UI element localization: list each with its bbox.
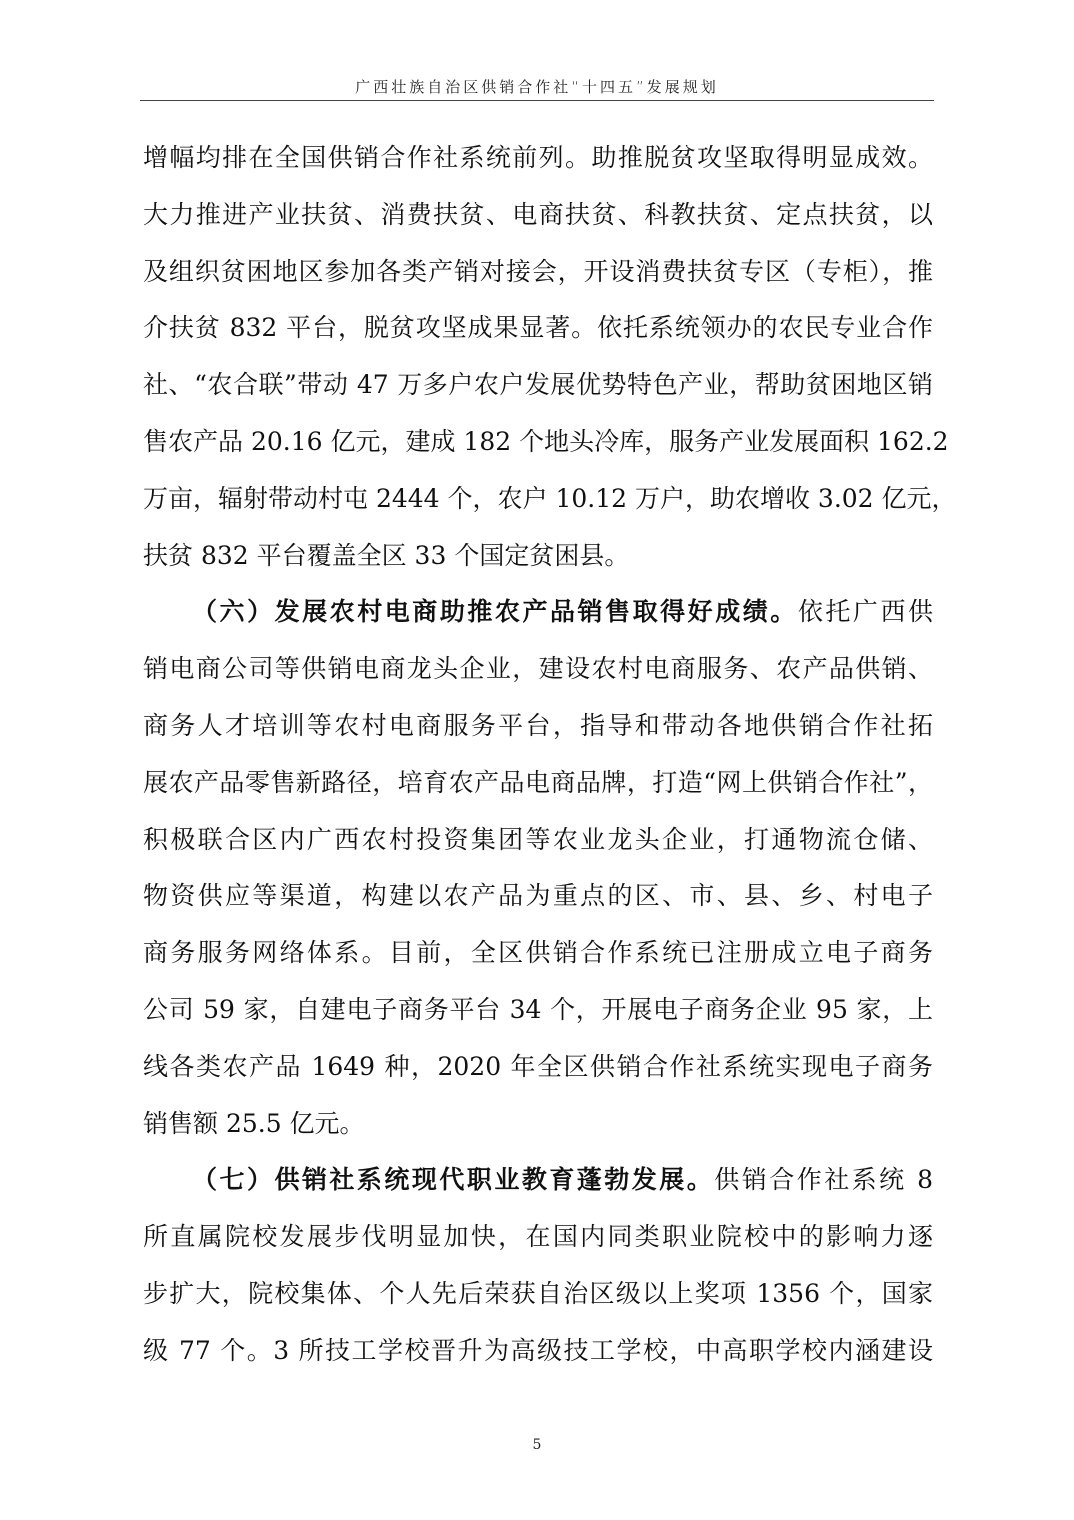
page-number: 5 bbox=[0, 1437, 1074, 1453]
text-line: 万亩，辐射带动村屯 2444 个，农户 10.12 万户，助农增收 3.02 亿… bbox=[143, 484, 933, 514]
text-line: 展农产品零售新路径，培育农产品电商品牌，打造“网上供销合作社”， bbox=[143, 768, 933, 798]
text-line: 商务服务网络体系。目前，全区供销合作系统已注册成立电子商务 bbox=[143, 938, 933, 968]
text-line: 社、“农合联”带动 47 万多户农户发展优势特色产业，帮助贫困地区销 bbox=[143, 370, 933, 400]
text-line: 增幅均排在全国供销合作社系统前列。助推脱贫攻坚取得明显成效。 bbox=[143, 143, 933, 173]
text-line: 介扶贫 832 平台，脱贫攻坚成果显著。依托系统领办的农民专业合作 bbox=[143, 313, 933, 343]
text-line: 线各类农产品 1649 种，2020 年全区供销合作社系统实现电子商务 bbox=[143, 1052, 933, 1082]
text-line: 级 77 个。3 所技工学校晋升为高级技工学校，中高职学校内涵建设 bbox=[143, 1336, 933, 1366]
text-line: 售农产品 20.16 亿元，建成 182 个地头冷库，服务产业发展面积 162.… bbox=[143, 427, 933, 457]
section-heading-line: （六）发展农村电商助推农产品销售取得好成绩。依托广西供 bbox=[192, 597, 933, 627]
text-line: 物资供应等渠道，构建以农产品为重点的区、市、县、乡、村电子 bbox=[143, 881, 933, 911]
text-line: 商务人才培训等农村电商服务平台，指导和带动各地供销合作社拓 bbox=[143, 711, 933, 741]
text-line: 及组织贫困地区参加各类产销对接会，开设消费扶贫专区（专柜），推 bbox=[143, 257, 933, 287]
section-text: 依托广西供 bbox=[798, 597, 933, 626]
text-line: 公司 59 家，自建电子商务平台 34 个，开展电子商务企业 95 家，上 bbox=[143, 995, 933, 1025]
text-line: 销售额 25.5 亿元。 bbox=[143, 1109, 933, 1139]
text-line: 销电商公司等供销电商龙头企业，建设农村电商服务、农产品供销、 bbox=[143, 654, 933, 684]
text-line: 积极联合区内广西农村投资集团等农业龙头企业，打通物流仓储、 bbox=[143, 825, 933, 855]
section-text: 供销合作社系统 8 bbox=[714, 1165, 933, 1194]
section-heading-line: （七）供销社系统现代职业教育蓬勃发展。供销合作社系统 8 bbox=[192, 1165, 933, 1195]
section-heading: （七）供销社系统现代职业教育蓬勃发展。 bbox=[192, 1165, 714, 1194]
text-line: 所直属院校发展步伐明显加快，在国内同类职业院校中的影响力逐 bbox=[143, 1222, 933, 1252]
text-line: 大力推进产业扶贫、消费扶贫、电商扶贫、科教扶贫、定点扶贫，以 bbox=[143, 200, 933, 230]
page-header-title: 广西壮族自治区供销合作社“十四五”发展规划 bbox=[140, 76, 934, 97]
text-line: 扶贫 832 平台覆盖全区 33 个国定贫困县。 bbox=[143, 541, 933, 571]
header-divider bbox=[140, 100, 934, 101]
text-line: 步扩大，院校集体、个人先后荣获自治区级以上奖项 1356 个，国家 bbox=[143, 1279, 933, 1309]
section-heading: （六）发展农村电商助推农产品销售取得好成绩。 bbox=[192, 597, 798, 626]
